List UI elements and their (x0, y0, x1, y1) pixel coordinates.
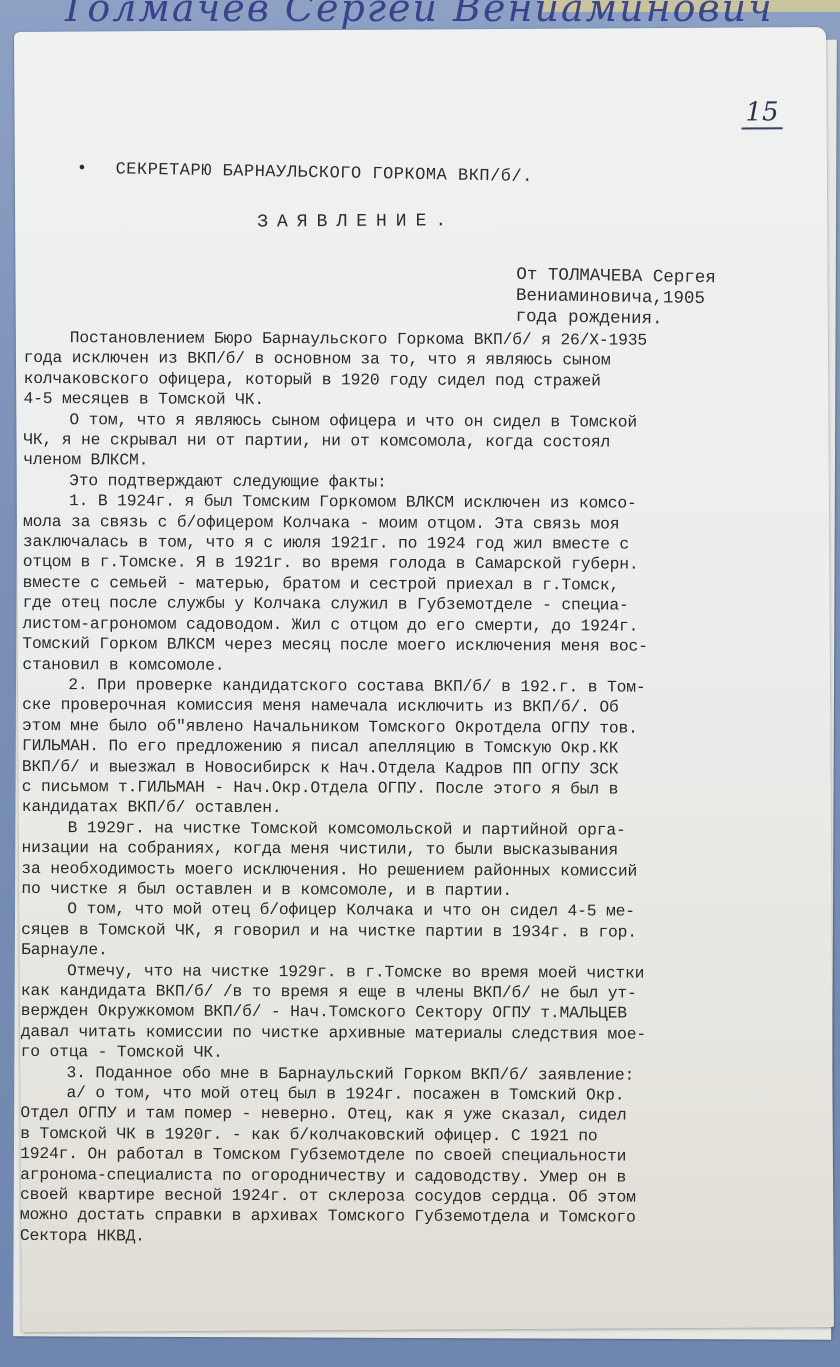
text-line: ГИЛЬМАН. По его предложению я писал апел… (22, 736, 827, 760)
sender-block: От ТОЛМАЧЕВА Сергея Вениаминовича,1905 г… (515, 265, 776, 332)
sender-line: года рождения. (515, 307, 775, 332)
typewritten-page: 15 •СЕКРЕТАРЮ БАРНАУЛЬСКОГО ГОРКОМА ВКП/… (14, 27, 834, 1332)
bullet-dot: • (77, 160, 88, 179)
text-line: Томский Горком ВЛКСМ через месяц после м… (22, 634, 827, 658)
text-line: сяцев в Томской ЧК, я говорил и на чистк… (21, 920, 826, 944)
addressee-line: •СЕКРЕТАРЮ БАРНАУЛЬСКОГО ГОРКОМА ВКП/б/. (77, 160, 533, 187)
document-title: ЗАЯВЛЕНИЕ. (257, 211, 455, 232)
addressee-text: СЕКРЕТАРЮ БАРНАУЛЬСКОГО ГОРКОМА ВКП/б/. (115, 160, 533, 187)
statement-body: Постановлением Бюро Барнаульского Горком… (20, 328, 829, 1250)
text-line: низации на собраниях, когда меня чистили… (21, 838, 826, 862)
text-line: Сектора НКВД. (20, 1226, 825, 1250)
page-number: 15 (741, 97, 782, 129)
